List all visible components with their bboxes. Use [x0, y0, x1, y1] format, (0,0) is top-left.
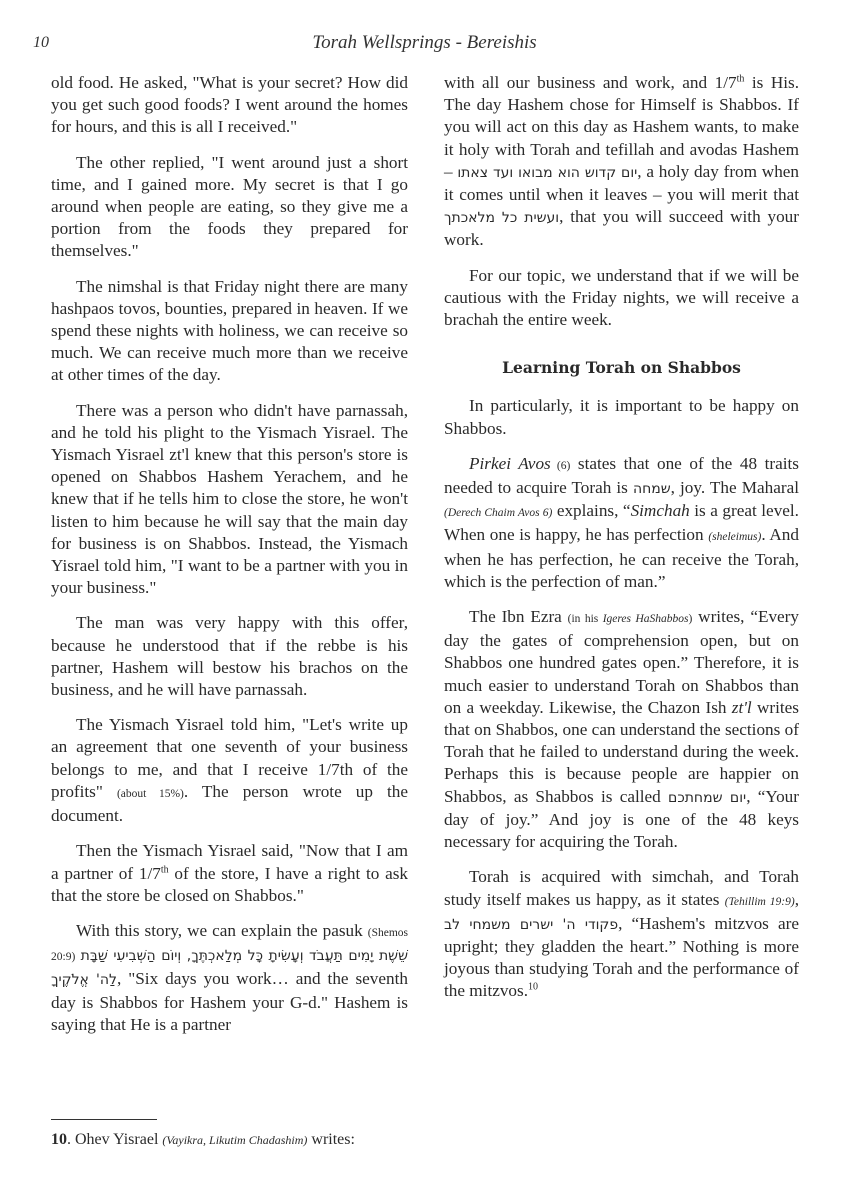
source-citation: (in his Igeres HaShabbos)	[568, 613, 693, 625]
book-title: Pirkei Avos	[469, 454, 551, 473]
text: ,	[795, 890, 799, 909]
section-heading: Learning Torah on Shabbos	[444, 357, 799, 379]
paragraph: Pirkei Avos (6) states that one of the 4…	[444, 453, 799, 593]
italic-term: Simchah	[631, 501, 690, 520]
paragraph: with all our business and work, and 1/7t…	[444, 72, 799, 252]
running-title: Torah Wellsprings - Bereishis	[33, 32, 816, 54]
superscript: th	[161, 864, 169, 875]
paragraph: Torah is acquired with simchah, and Tora…	[444, 866, 799, 1002]
parenthetical-note: (about 15%)	[117, 788, 184, 800]
parenthetical-note: (sheleimus)	[708, 531, 761, 543]
paragraph: The Yismach Yisrael told him, "Let's wri…	[51, 714, 408, 827]
text: with all our business and work, and 1/7	[444, 73, 737, 92]
footnote-text: . Ohev Yisrael	[67, 1131, 162, 1148]
hebrew-quote: פקודי ה' ישרים משמחי לב	[444, 917, 618, 933]
paragraph: Then the Yismach Yisrael said, "Now that…	[51, 840, 408, 907]
text: The Ibn Ezra	[469, 607, 568, 626]
hebrew-quote: ועשית כל מלאכתך	[444, 210, 559, 226]
hebrew-quote: יום שמחתכם	[668, 790, 746, 806]
book-title: Igeres HaShabbos	[603, 613, 689, 625]
footnote-number: 10	[51, 1131, 67, 1148]
paragraph: The Ibn Ezra (in his Igeres HaShabbos) w…	[444, 606, 799, 853]
paragraph: The nimshal is that Friday night there a…	[51, 276, 408, 387]
text: (in his	[568, 613, 603, 625]
paragraph: With this story, we can explain the pasu…	[51, 920, 408, 1036]
source-citation: (Tehillim 19:9)	[725, 896, 795, 908]
text: With this story, we can explain the pasu…	[76, 921, 368, 940]
footnote: 10. Ohev Yisrael (Vayikra, Likutim Chada…	[51, 1131, 355, 1149]
footnote-divider	[51, 1119, 157, 1120]
paragraph: There was a person who didn't have parna…	[51, 400, 408, 600]
paragraph: The other replied, "I went around just a…	[51, 152, 408, 263]
source-citation: (Derech Chaim Avos 6)	[444, 507, 552, 519]
paragraph: For our topic, we understand that if we …	[444, 265, 799, 332]
source-citation: (6)	[551, 460, 571, 472]
paragraph: The man was very happy with this offer, …	[51, 612, 408, 701]
left-column: old food. He asked, "What is your secret…	[51, 72, 408, 1049]
hebrew-word: שמחה	[633, 481, 671, 497]
footnote-source: (Vayikra, Likutim Chadashim)	[162, 1133, 307, 1147]
italic-term: zt'l	[732, 698, 752, 717]
paragraph: In particularly, it is important to be h…	[444, 395, 799, 439]
right-column: with all our business and work, and 1/7t…	[444, 72, 799, 1016]
text: explains, “	[552, 501, 630, 520]
page-header: 10 Torah Wellsprings - Bereishis	[33, 30, 816, 56]
text: , joy. The Maharal	[671, 478, 799, 497]
hebrew-quote: יום קדוש הוא מבואו ועד צאתו	[457, 165, 637, 181]
paragraph: old food. He asked, "What is your secret…	[51, 72, 408, 139]
footnote-reference[interactable]: 10	[528, 982, 538, 993]
footnote-text: writes:	[307, 1131, 355, 1148]
